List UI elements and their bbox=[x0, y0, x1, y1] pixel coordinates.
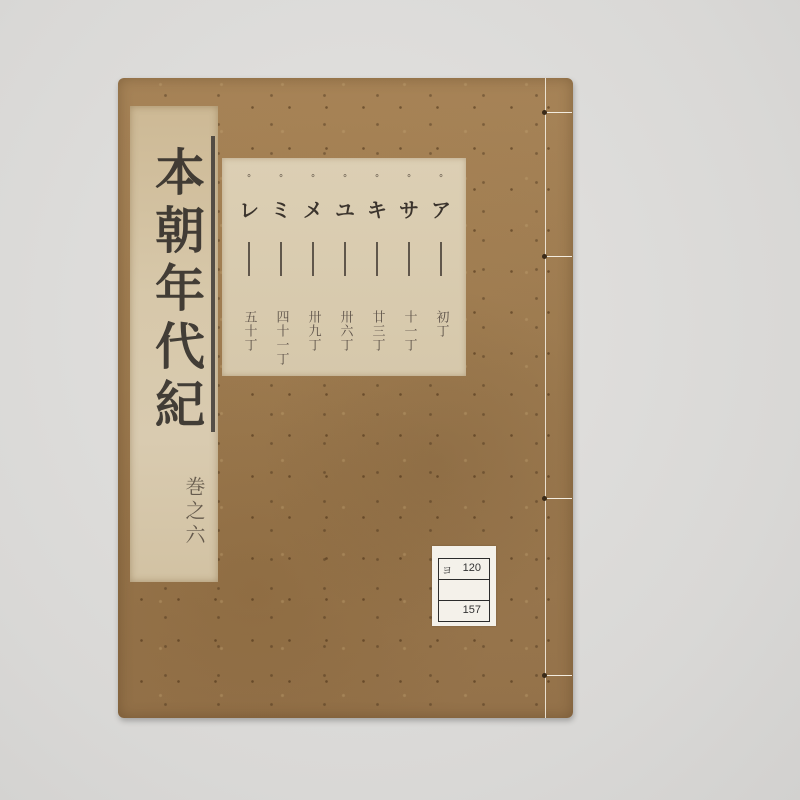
index-rule bbox=[376, 242, 378, 276]
call-number-row: ヨ 120 bbox=[439, 559, 489, 580]
index-column: ° メ 卅九丁 bbox=[300, 174, 326, 374]
kana-mark-icon: ° bbox=[279, 174, 284, 184]
stitch-hole-icon bbox=[542, 110, 547, 115]
index-label: ° ア 初丁 ° サ 十一丁 ° キ 廿三丁 ° ユ 卅六丁 ° メ 卅九丁 bbox=[222, 158, 466, 376]
index-page: 卅九丁 bbox=[304, 310, 323, 352]
kana-mark-icon: ° bbox=[343, 174, 348, 184]
index-rule bbox=[248, 242, 250, 276]
index-column: ° ミ 四十一丁 bbox=[268, 174, 294, 374]
index-rule bbox=[312, 242, 314, 276]
call-number-row bbox=[439, 580, 489, 601]
index-column: ° ユ 卅六丁 bbox=[332, 174, 358, 374]
index-page: 初丁 bbox=[432, 310, 451, 338]
binding-stitch bbox=[545, 675, 572, 676]
index-rule bbox=[344, 242, 346, 276]
index-column: ° レ 五十丁 bbox=[236, 174, 262, 374]
binding-thread bbox=[545, 78, 546, 718]
index-kana: ア bbox=[431, 194, 451, 222]
index-page: 卅六丁 bbox=[336, 310, 355, 352]
index-kana: レ bbox=[239, 194, 259, 222]
kana-mark-icon: ° bbox=[247, 174, 252, 184]
index-column: ° ア 初丁 bbox=[428, 174, 454, 374]
call-number-box: ヨ 120 157 bbox=[438, 558, 490, 622]
binding-stitch bbox=[545, 256, 572, 257]
index-rule bbox=[408, 242, 410, 276]
call-number-prefix: ヨ bbox=[442, 562, 452, 577]
index-kana: メ bbox=[303, 194, 323, 222]
index-rule bbox=[440, 242, 442, 276]
index-kana: サ bbox=[399, 194, 419, 222]
volume-number: 巻之六 bbox=[180, 476, 209, 548]
kana-mark-icon: ° bbox=[311, 174, 316, 184]
index-rule bbox=[280, 242, 282, 276]
call-number-bottom: 157 bbox=[463, 604, 481, 616]
book-title: 本朝年代紀 bbox=[148, 146, 204, 436]
index-kana: キ bbox=[367, 194, 387, 222]
title-slip: 本朝年代紀 巻之六 bbox=[130, 106, 218, 582]
book-cover: 本朝年代紀 巻之六 ° ア 初丁 ° サ 十一丁 ° キ 廿三丁 ° ユ 卅六丁 bbox=[118, 78, 573, 718]
index-kana: ミ bbox=[271, 194, 291, 222]
binding-stitch bbox=[545, 498, 572, 499]
kana-mark-icon: ° bbox=[407, 174, 412, 184]
binding-stitch bbox=[545, 112, 572, 113]
call-number-row: 157 bbox=[439, 601, 489, 621]
index-page: 廿三丁 bbox=[368, 310, 387, 352]
kana-mark-icon: ° bbox=[439, 174, 444, 184]
index-column: ° キ 廿三丁 bbox=[364, 174, 390, 374]
index-column: ° サ 十一丁 bbox=[396, 174, 422, 374]
index-page: 四十一丁 bbox=[272, 310, 291, 366]
call-number-top: 120 bbox=[463, 562, 481, 574]
index-page: 五十丁 bbox=[240, 310, 259, 352]
stitch-hole-icon bbox=[542, 673, 547, 678]
library-call-number-tag: ヨ 120 157 bbox=[432, 546, 496, 626]
stitch-hole-icon bbox=[542, 496, 547, 501]
index-kana: ユ bbox=[335, 194, 355, 222]
kana-mark-icon: ° bbox=[375, 174, 380, 184]
index-page: 十一丁 bbox=[400, 310, 419, 352]
stitch-hole-icon bbox=[542, 254, 547, 259]
